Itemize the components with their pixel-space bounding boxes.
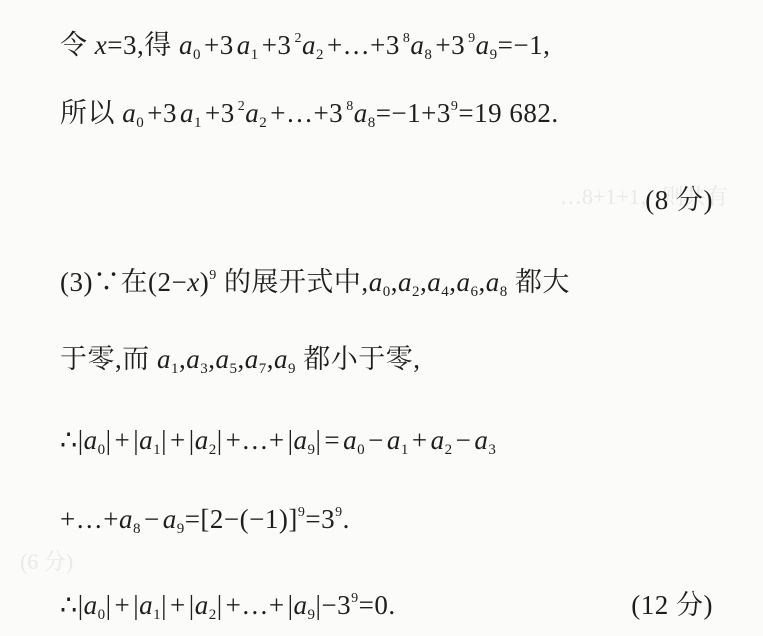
equation-line-8: ∴|a0|+|a1|+|a2|+…+|a9|−39=0.: [60, 588, 396, 622]
variable-x: x: [187, 267, 199, 297]
variable-a: a: [410, 30, 424, 60]
therefore-symbol: ∴: [60, 590, 78, 620]
subscript: 1: [194, 115, 202, 131]
text: ,: [208, 344, 215, 374]
text: |: [106, 425, 112, 455]
text: +3: [432, 30, 468, 60]
variable-a: a: [245, 98, 259, 128]
subscript: 9: [177, 521, 185, 537]
text: +…+: [223, 425, 288, 455]
subscript: 1: [153, 607, 161, 623]
subscript: 0: [98, 442, 106, 458]
superscript: 9: [351, 591, 359, 606]
subscript: 5: [230, 361, 238, 377]
text: =0.: [359, 590, 396, 620]
equation-line-6: ∴|a0|+|a1|+|a2|+…+|a9|=a0−a1+a2−a3: [60, 423, 496, 457]
subscript: 7: [259, 361, 267, 377]
text: −: [141, 504, 163, 534]
subscript: 1: [171, 361, 179, 377]
text: +…+3: [324, 30, 403, 60]
text: =19 682.: [458, 98, 558, 128]
variable-a: a: [216, 344, 230, 374]
equation-line-5: 于零,而 a1,a3,a5,a7,a9 都小于零,: [60, 342, 421, 376]
equation-line-1: 令 x=3,得 a0+3a1+32a2+…+38a8+39a9=−1,: [60, 28, 550, 62]
text: +: [167, 425, 189, 455]
subscript: 0: [357, 442, 365, 458]
variable-a: a: [84, 425, 98, 455]
superscript: 2: [294, 31, 302, 46]
text: +3: [201, 30, 237, 60]
text: =−1,: [498, 30, 551, 60]
variable-a: a: [474, 425, 488, 455]
subscript: 0: [193, 47, 201, 63]
variable-a: a: [369, 267, 383, 297]
text: −3: [321, 590, 351, 620]
variable-a: a: [139, 590, 153, 620]
variable-a: a: [163, 504, 177, 534]
variable-a: a: [274, 344, 288, 374]
text: 都大: [508, 267, 570, 297]
subscript: 8: [133, 521, 141, 537]
subscript: 9: [288, 361, 296, 377]
text: +3: [202, 98, 238, 128]
text: +…+3: [267, 98, 346, 128]
subscript: 2: [316, 47, 324, 63]
variable-a: a: [302, 30, 316, 60]
variable-a: a: [84, 590, 98, 620]
text: 令: [60, 30, 88, 60]
variable-a: a: [180, 98, 194, 128]
text: (3)∵在(2−: [60, 267, 187, 297]
variable-a: a: [476, 30, 490, 60]
variable-a: a: [157, 344, 171, 374]
superscript: 9: [209, 268, 217, 283]
text: +…+: [223, 590, 288, 620]
subscript: 2: [209, 442, 217, 458]
text: ,: [267, 344, 274, 374]
subscript: 2: [209, 607, 217, 623]
subscript: 1: [153, 442, 161, 458]
text: +3: [259, 30, 295, 60]
subscript: 1: [401, 442, 409, 458]
subscript: 8: [368, 115, 376, 131]
score-label-12: (12 分): [631, 588, 713, 622]
subscript: 4: [441, 284, 449, 300]
text: |: [106, 590, 112, 620]
variable-a: a: [186, 344, 200, 374]
variable-a: a: [486, 267, 500, 297]
equation-line-2: 所以 a0+3a1+32a2+…+38a8=−1+39=19 682.: [60, 96, 559, 130]
subscript: 8: [500, 284, 508, 300]
text: ,: [478, 267, 485, 297]
text: +…+: [60, 504, 119, 534]
text: .: [343, 504, 350, 534]
score-label-8: (8 分): [645, 183, 713, 217]
variable-a: a: [293, 425, 307, 455]
bleed-through-text: (6 分): [20, 545, 73, 576]
subscript: 1: [251, 47, 259, 63]
text: +: [409, 425, 431, 455]
superscript: 8: [346, 99, 354, 114]
text: =[2−(−1)]: [185, 504, 298, 534]
variable-a: a: [195, 590, 209, 620]
text: 的展开式中,: [217, 267, 369, 297]
variable-a: a: [245, 344, 259, 374]
text: =−1+3: [376, 98, 451, 128]
equation-line-4: (3)∵在(2−x)9 的展开式中,a0,a2,a4,a6,a8 都大: [60, 265, 570, 299]
text: −: [453, 425, 475, 455]
text: |: [217, 425, 223, 455]
subscript: 3: [488, 442, 496, 458]
equation-line-7: +…+a8−a9=[2−(−1)]9=39.: [60, 502, 350, 536]
variable-a: a: [387, 425, 401, 455]
variable-a: a: [431, 425, 445, 455]
subscript: 2: [445, 442, 453, 458]
text: ,: [391, 267, 398, 297]
variable-a: a: [293, 590, 307, 620]
text: +: [112, 425, 134, 455]
variable-a: a: [456, 267, 470, 297]
variable-a: a: [354, 98, 368, 128]
text: =3: [305, 504, 335, 534]
variable-a: a: [119, 504, 133, 534]
variable-a: a: [179, 30, 193, 60]
text: 于零,而: [60, 344, 157, 374]
superscript: 9: [468, 31, 476, 46]
variable-a: a: [122, 98, 136, 128]
text: −: [365, 425, 387, 455]
subscript: 0: [98, 607, 106, 623]
therefore-symbol: ∴: [60, 425, 78, 455]
subscript: 9: [490, 47, 498, 63]
variable-a: a: [195, 425, 209, 455]
text: =3,得: [107, 30, 171, 60]
subscript: 0: [383, 284, 391, 300]
variable-x: x: [95, 30, 107, 60]
text: 都小于零,: [296, 344, 421, 374]
variable-a: a: [237, 30, 251, 60]
text: +3: [144, 98, 180, 128]
text: |: [217, 590, 223, 620]
text: ,: [238, 344, 245, 374]
variable-a: a: [139, 425, 153, 455]
text: ): [200, 267, 210, 297]
superscript: 9: [335, 505, 343, 520]
variable-a: a: [398, 267, 412, 297]
text: +: [167, 590, 189, 620]
text: =: [321, 425, 343, 455]
variable-a: a: [343, 425, 357, 455]
text: +: [112, 590, 134, 620]
variable-a: a: [427, 267, 441, 297]
subscript: 2: [412, 284, 420, 300]
text: 所以: [60, 98, 115, 128]
